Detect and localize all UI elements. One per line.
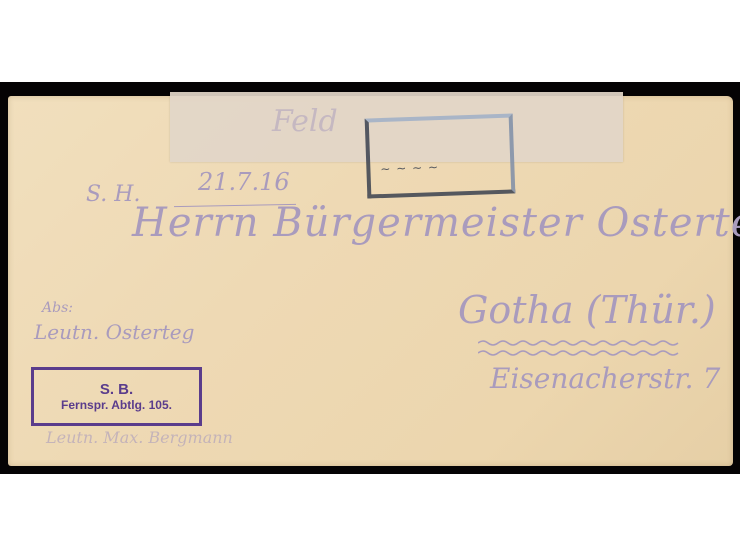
city: Gotha (Thür.): [458, 288, 716, 332]
censor-stamp-text: ~ ~ ~ ~: [380, 160, 439, 176]
tape-handwriting: Feld: [272, 104, 338, 139]
street: Eisenacherstr. 7: [490, 362, 720, 395]
sender-name: Leutn. Osterteg: [34, 320, 194, 344]
unit-stamp-line1: S. B.: [100, 381, 133, 398]
censor-stamp: ~ ~ ~ ~: [365, 113, 516, 198]
unit-stamp: S. B. Fernspr. Abtlg. 105.: [31, 367, 202, 426]
date: 21.7.16: [198, 168, 290, 196]
sender-label: Abs:: [42, 300, 73, 316]
addressee: Herrn Bürgermeister Osterteg: [132, 200, 740, 246]
city-underline: [478, 339, 683, 361]
unit-stamp-line2: Fernspr. Abtlg. 105.: [61, 398, 172, 413]
sender-extra: Leutn. Max. Bergmann: [46, 428, 233, 447]
